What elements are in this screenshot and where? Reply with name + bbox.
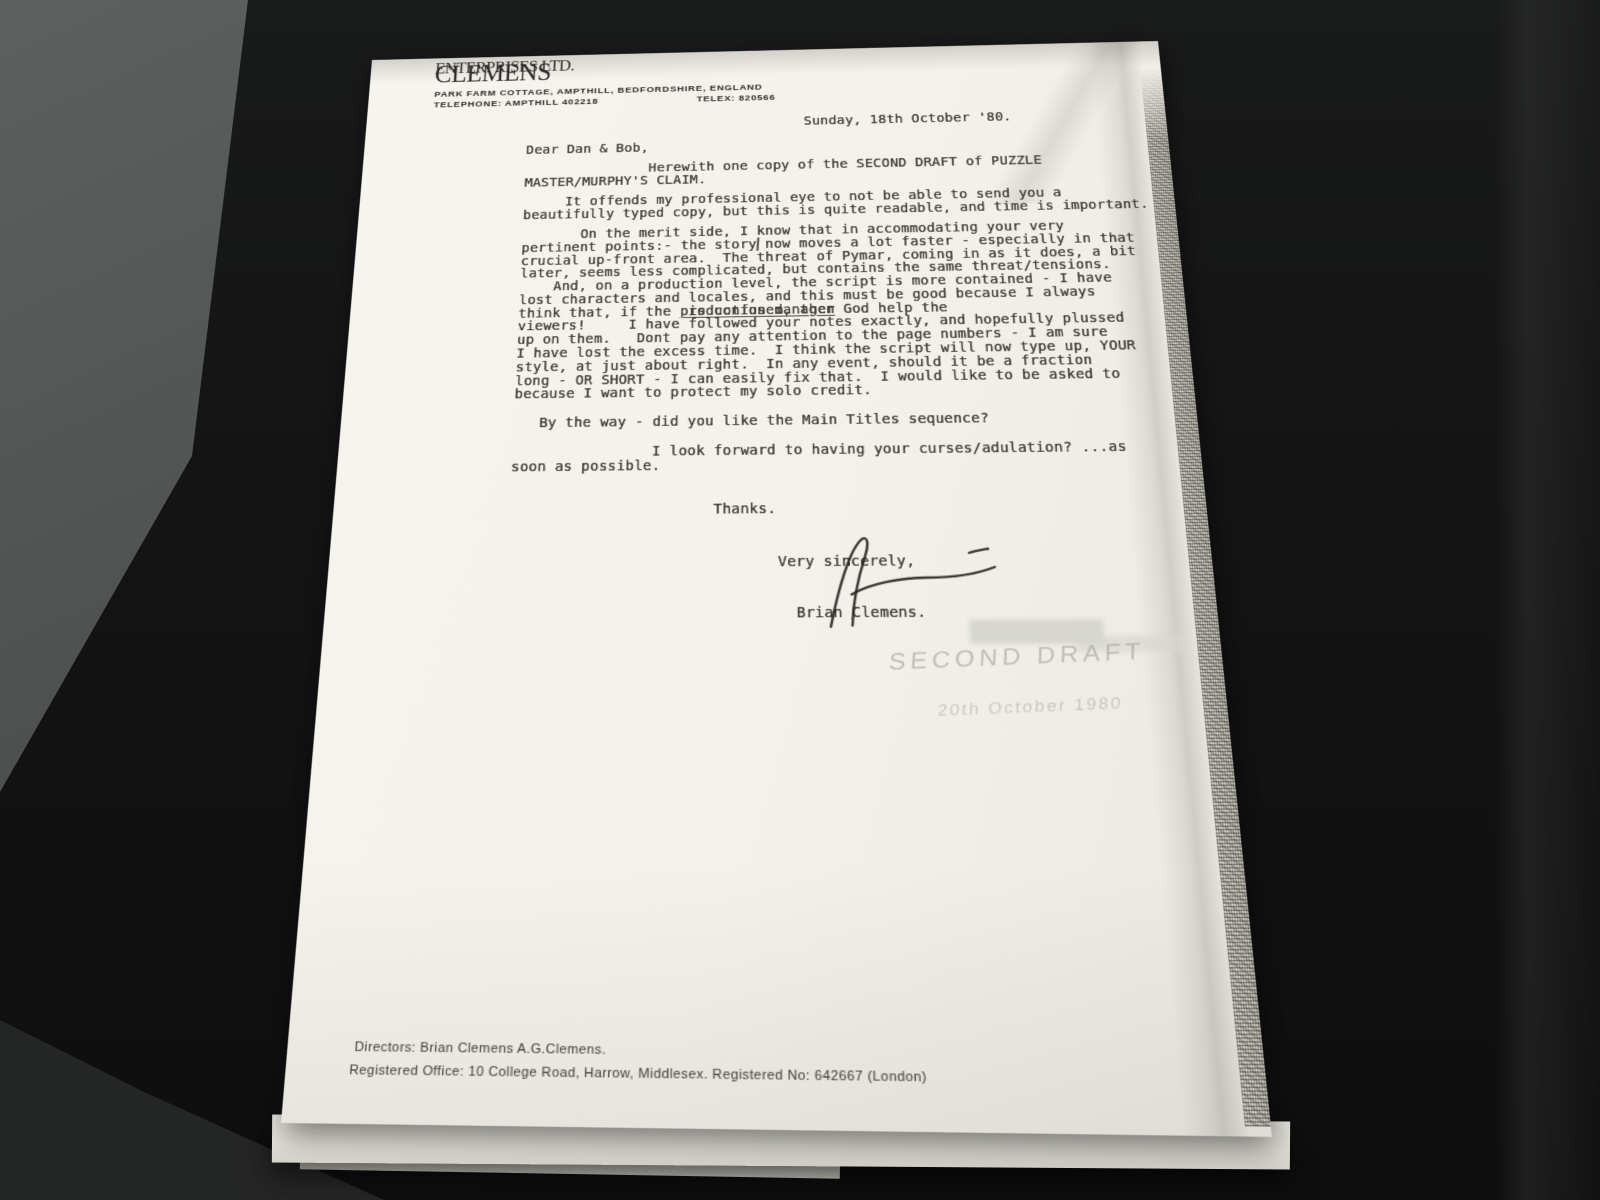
signature-scrawl — [800, 532, 1019, 631]
letterhead-company-suffix: ENTERPRISES LTD. — [435, 57, 575, 79]
letterhead-telephone: TELEPHONE: AMPTHILL 402218 — [433, 97, 598, 110]
letter-paragraph-2: It offends my professional eye to not be… — [523, 186, 1150, 223]
letter-paragraph-6: I look forward to having your curses/adu… — [511, 441, 1129, 476]
letter-footer-directors: Directors: Brian Clemens A.G.Clemens. — [354, 1040, 606, 1058]
letter-paragraph-4: And, on a production level, the script i… — [514, 272, 1140, 403]
pencil-note-title: SECOND DRAFT — [888, 637, 1146, 676]
pencil-note-date: 20th October 1980 — [937, 694, 1123, 720]
photo-of-letter: CLEMENSENTERPRISES LTD. PARK FARM COTTAG… — [0, 0, 1600, 1200]
letter-paragraph-5: By the way - did you like the Main Title… — [513, 413, 990, 432]
letter-sheet: CLEMENSENTERPRISES LTD. PARK FARM COTTAG… — [281, 41, 1272, 1137]
paper-bottom-shading — [281, 862, 1272, 1137]
letter-greeting: Dear Dan & Bob, — [526, 143, 649, 158]
letter-thanks: Thanks. — [713, 503, 776, 518]
table-reflection-right — [1495, 0, 1600, 1200]
letterhead-telex: TELEX: 820566 — [697, 93, 776, 104]
